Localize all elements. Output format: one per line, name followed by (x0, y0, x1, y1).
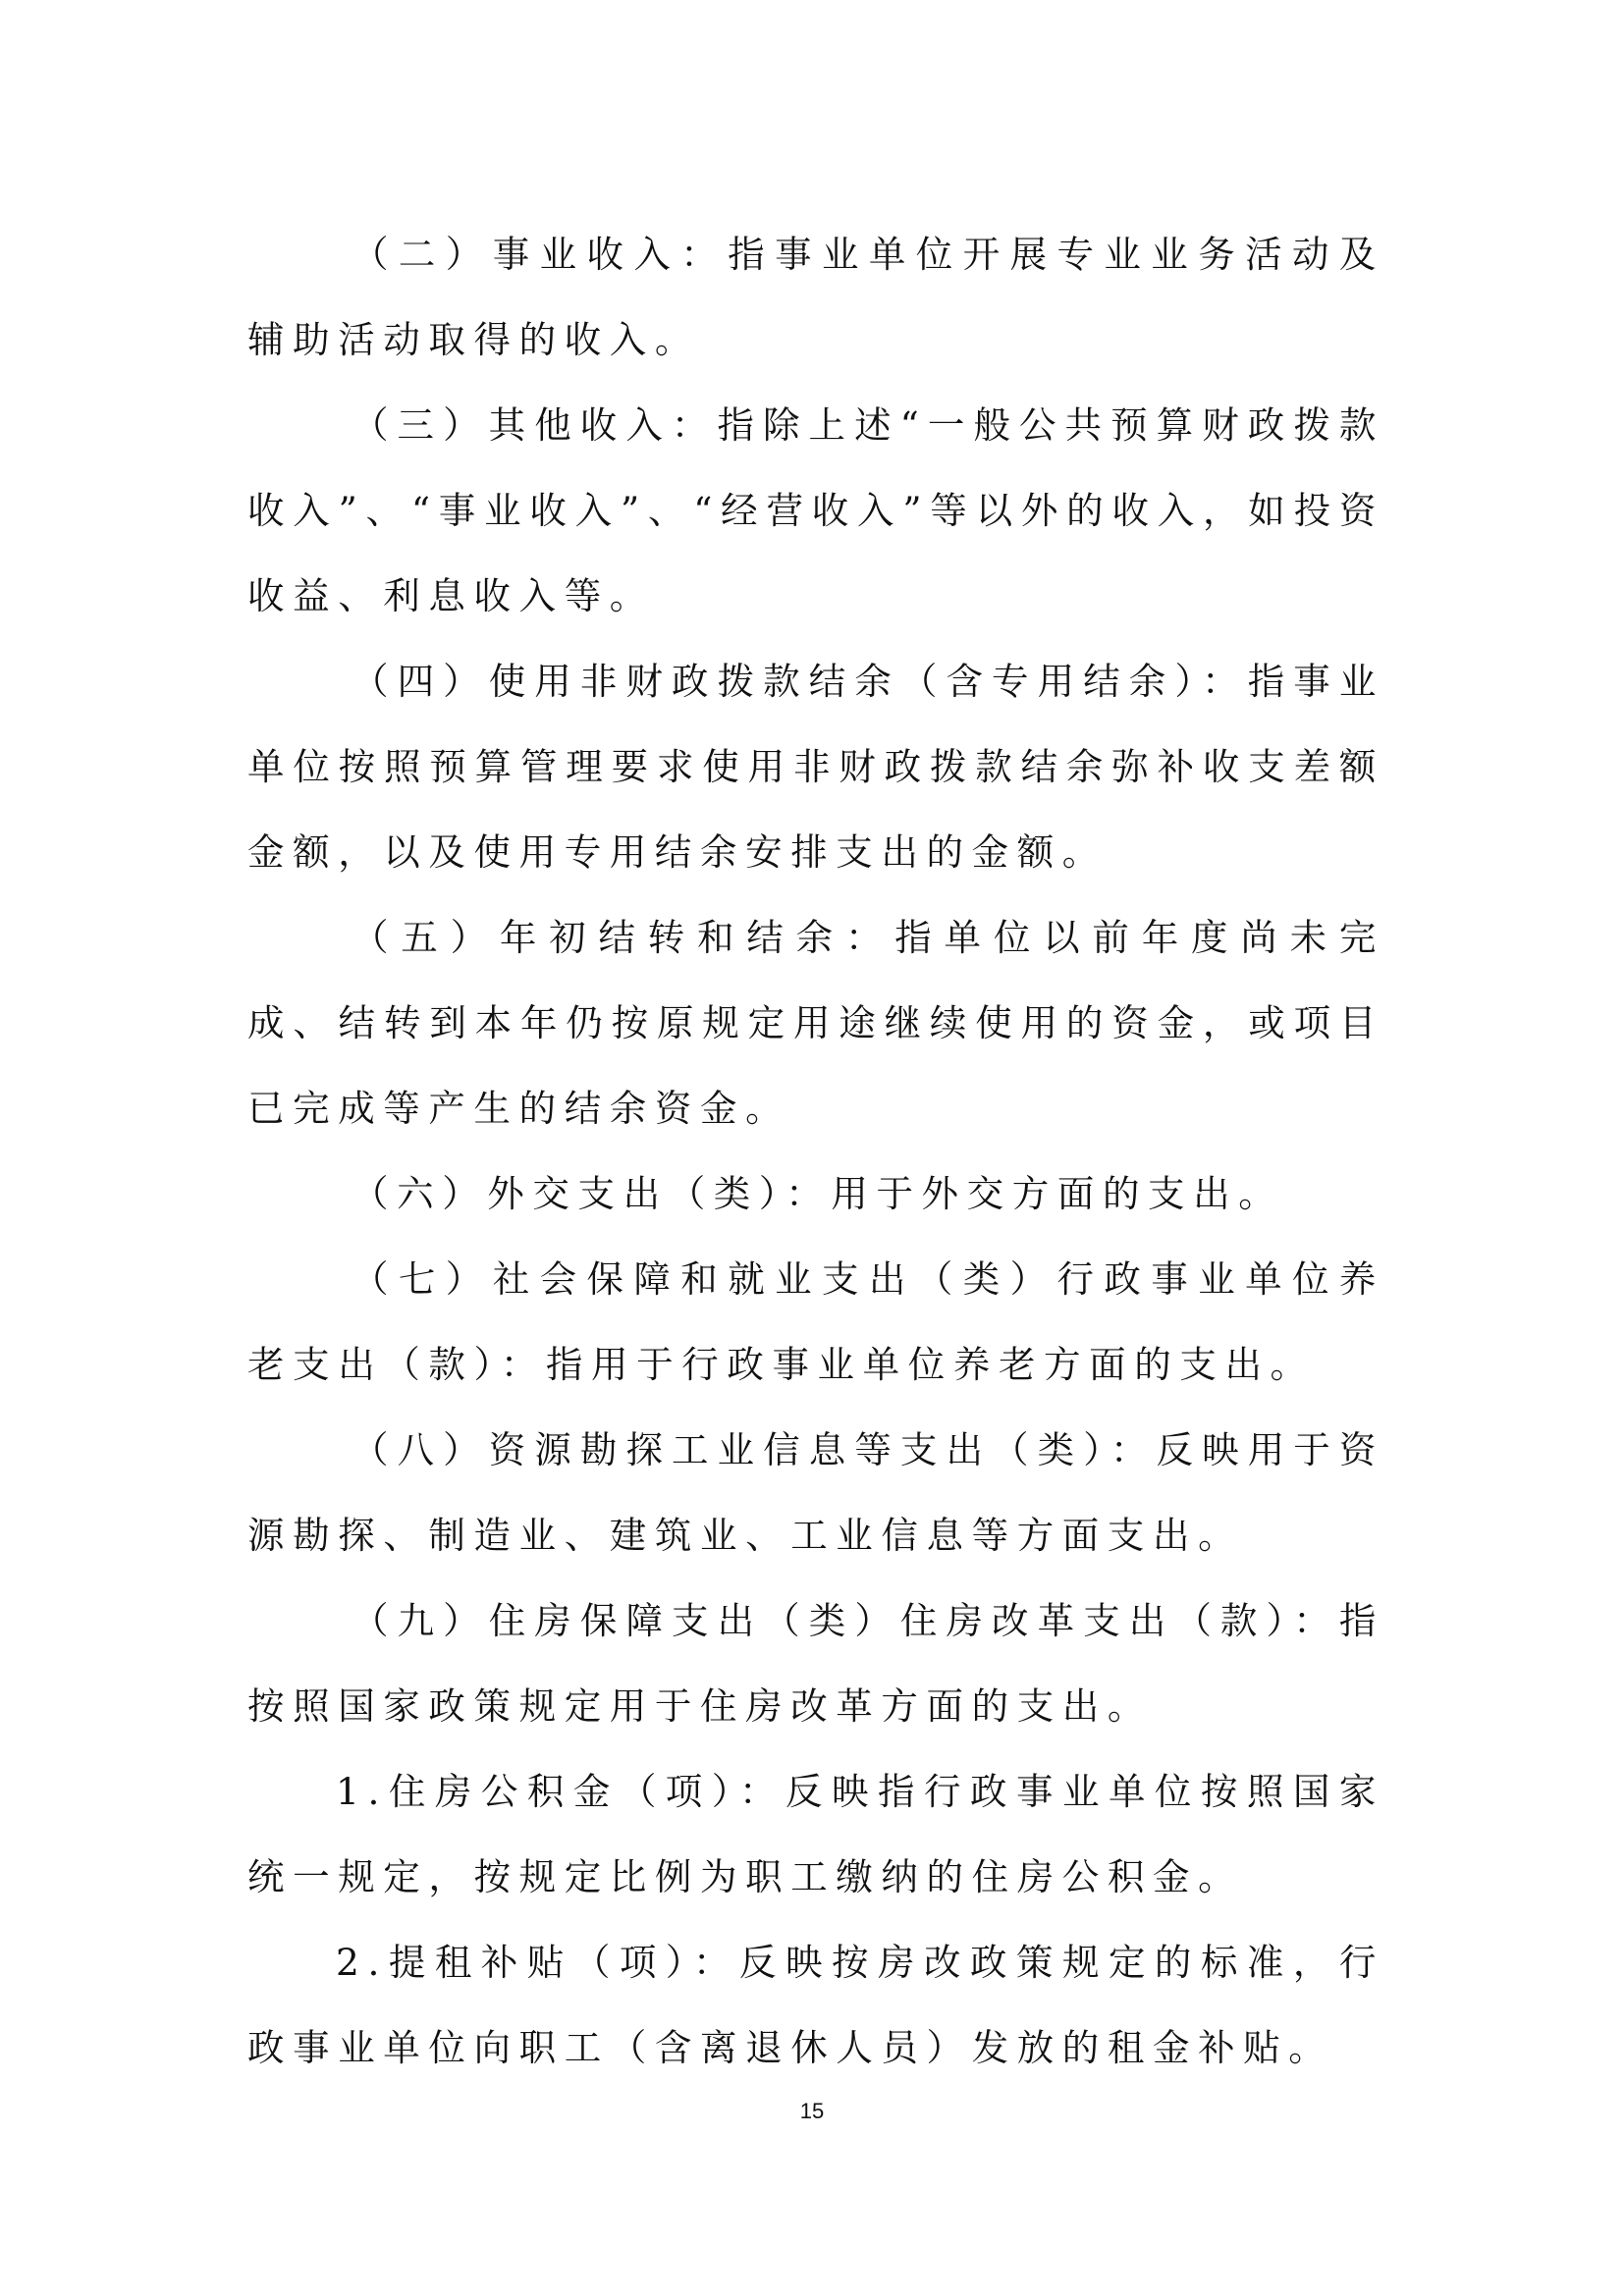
paragraph-social-security-expenditure: （七）社会保障和就业支出（类）行政事业单位养老支出（款）：指用于行政事业单位养老… (247, 1237, 1384, 1408)
document-body: （二）事业收入：指事业单位开展专业业务活动及辅助活动取得的收入。 （三）其他收入… (247, 212, 1384, 2091)
paragraph-diplomacy-expenditure: （六）外交支出（类）：用于外交方面的支出。 (247, 1151, 1384, 1237)
paragraph-resource-exploration-expenditure: （八）资源勘探工业信息等支出（类）：反映用于资源勘探、制造业、建筑业、工业信息等… (247, 1408, 1384, 1578)
paragraph-other-income: （三）其他收入：指除上述“一般公共预算财政拨款收入”、“事业收入”、“经营收入”… (247, 383, 1384, 639)
document-page: （二）事业收入：指事业单位开展专业业务活动及辅助活动取得的收入。 （三）其他收入… (0, 0, 1624, 2296)
paragraph-business-income: （二）事业收入：指事业单位开展专业业务活动及辅助活动取得的收入。 (247, 212, 1384, 383)
page-number: 15 (0, 2099, 1624, 2124)
paragraph-rent-subsidy: 2.提租补贴（项）：反映按房改政策规定的标准，行政事业单位向职工（含离退休人员）… (247, 1920, 1384, 2091)
paragraph-housing-provident-fund: 1.住房公积金（项）：反映指行政事业单位按照国家统一规定，按规定比例为职工缴纳的… (247, 1749, 1384, 1920)
paragraph-housing-security-expenditure: （九）住房保障支出（类）住房改革支出（款）：指按照国家政策规定用于住房改革方面的… (247, 1578, 1384, 1749)
paragraph-carryover-balance: （五）年初结转和结余：指单位以前年度尚未完成、结转到本年仍按原规定用途继续使用的… (247, 895, 1384, 1151)
paragraph-non-fiscal-surplus: （四）使用非财政拨款结余（含专用结余）：指事业单位按照预算管理要求使用非财政拨款… (247, 639, 1384, 895)
